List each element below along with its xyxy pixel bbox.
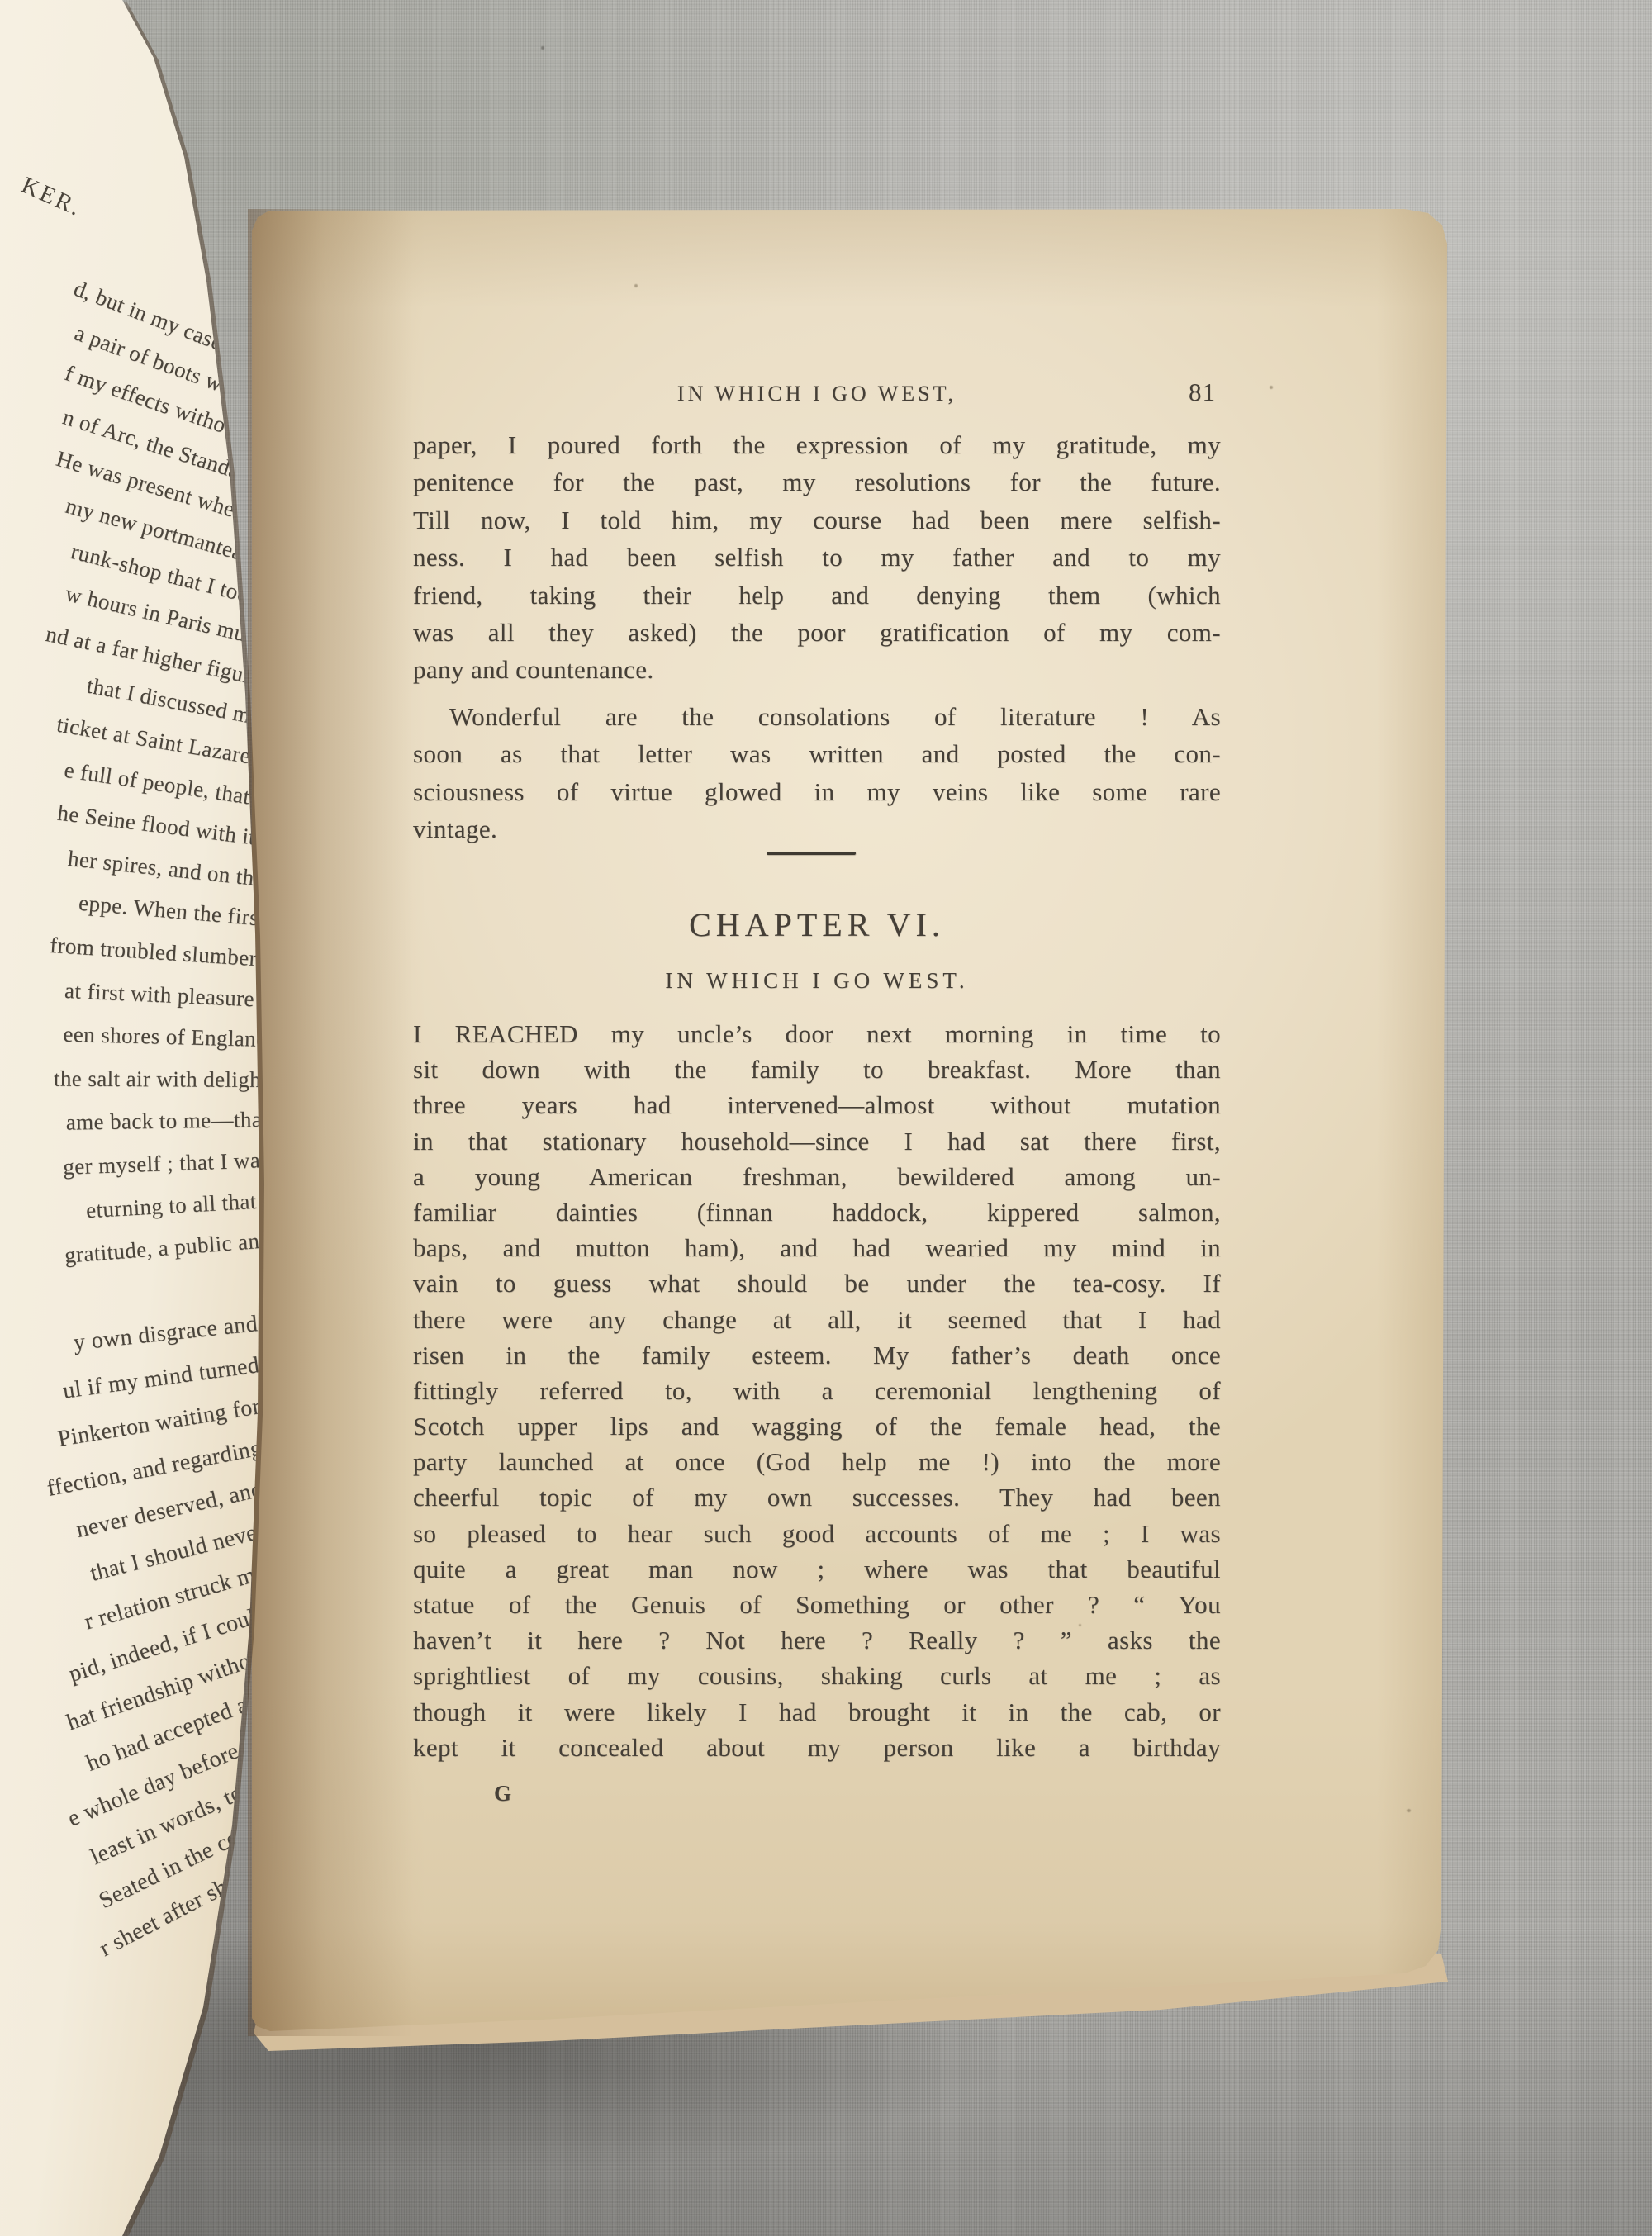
dust-speck	[1407, 1809, 1411, 1812]
text-line: soon as that letter was written and post…	[413, 735, 1221, 772]
text-line: so pleased to hear such good accounts of…	[413, 1516, 1221, 1551]
text-line: baps, and mutton ham), and had wearied m…	[413, 1230, 1221, 1265]
text-line: ness. I had been selfish to my father an…	[413, 539, 1221, 576]
gutter-shadow	[248, 209, 413, 2036]
text-line: three years had intervened—almost withou…	[413, 1087, 1221, 1123]
text-line: familiar dainties (finnan haddock, kippe…	[413, 1194, 1221, 1230]
text-line: was all they asked) the poor gratificati…	[413, 614, 1221, 651]
text-line: Scotch upper lips and wagging of the fem…	[413, 1408, 1221, 1444]
running-header-title: IN WHICH I GO WEST,	[413, 382, 1221, 406]
text-line: in that stationary household—since I had…	[413, 1123, 1221, 1159]
running-header: IN WHICH I GO WEST, 81	[413, 382, 1221, 411]
text-line: kept it concealed about my person like a…	[413, 1730, 1221, 1765]
page-number: 81	[1189, 377, 1216, 407]
left-running-header-fragment: KER.	[0, 131, 87, 222]
left-page-fragment: eturning to all that I	[0, 1188, 271, 1232]
paragraph-2: Wonderful are the consolations of litera…	[413, 698, 1221, 848]
chapter-subtitle: IN WHICH I GO WEST.	[413, 968, 1221, 994]
text-line: paper, I poured forth the expression of …	[413, 426, 1221, 463]
text-line: sprightliest of my cousins, shaking curl…	[413, 1658, 1221, 1693]
text-line: cheerful topic of my own successes. They…	[413, 1479, 1221, 1515]
book-photo: IN WHICH I GO WEST, 81 paper, I poured f…	[0, 0, 1652, 2236]
text-line: vain to guess what should be under the t…	[413, 1265, 1221, 1301]
text-line: fittingly referred to, with a ceremonial…	[413, 1373, 1221, 1408]
section-divider-rule	[767, 852, 856, 855]
left-page-fragment: ger myself ; that I was	[0, 1147, 270, 1184]
dust-speck	[1270, 386, 1273, 389]
chapter-heading: CHAPTER VI.	[413, 905, 1221, 944]
left-page-fragment: the salt air with delight	[0, 1066, 268, 1092]
left-page-fragment: gratitude, a public and	[0, 1227, 272, 1279]
text-line: party launched at once (God help me !) i…	[413, 1444, 1221, 1479]
left-page-fragment: ame back to me—that	[0, 1107, 268, 1137]
text-line: Till now, I told him, my course had been…	[413, 501, 1221, 539]
left-page-fragment: at first with pleasure :	[0, 971, 267, 1011]
text-line: penitence for the past, my resolutions f…	[413, 463, 1221, 501]
dust-speck	[634, 284, 638, 287]
dust-speck	[1079, 1624, 1081, 1626]
text-line: there were any change at all, it seemed …	[413, 1302, 1221, 1337]
text-line: quite a great man now ; where was that b…	[413, 1551, 1221, 1587]
text-line: Wonderful are the consolations of litera…	[413, 698, 1221, 735]
text-line: haven’t it here ? Not here ? Really ? ” …	[413, 1622, 1221, 1658]
text-line: vintage.	[413, 810, 1221, 847]
text-line: sciousness of virtue glowed in my veins …	[413, 773, 1221, 810]
paragraph-1: paper, I poured forth the expression of …	[413, 426, 1221, 689]
text-line: though it were likely I had brought it i…	[413, 1694, 1221, 1730]
text-line: risen in the family esteem. My father’s …	[413, 1337, 1221, 1373]
text-line: friend, taking their help and denying th…	[413, 577, 1221, 614]
text-line: sit down with the family to breakfast. M…	[413, 1052, 1221, 1087]
signature-mark: G	[494, 1781, 511, 1806]
text-line: statue of the Genuis of Something or oth…	[413, 1587, 1221, 1622]
text-line: a young American freshman, bewildered am…	[413, 1159, 1221, 1194]
text-line: I REACHED my uncle’s door next morning i…	[413, 1016, 1221, 1052]
text-line: pany and countenance.	[413, 651, 1221, 688]
left-page-fragment: from troubled slumbers	[0, 923, 267, 971]
chapter-body: I REACHED my uncle’s door next morning i…	[413, 1016, 1221, 1765]
dust-speck	[541, 46, 544, 50]
left-page-fragment: een shores of England	[0, 1018, 268, 1052]
